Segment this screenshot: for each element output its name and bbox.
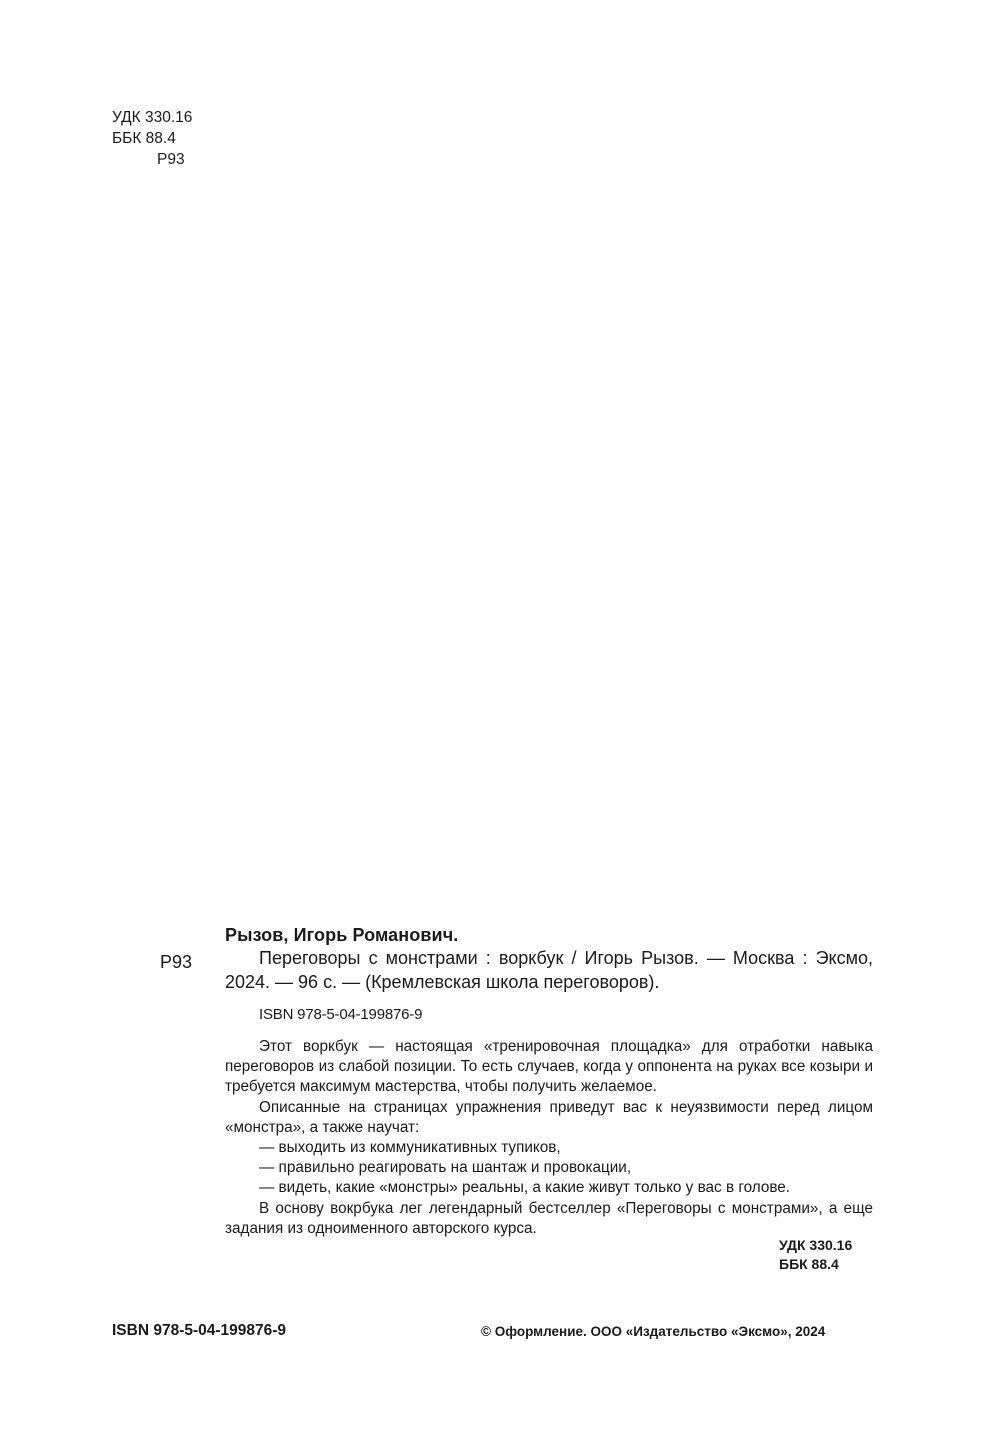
annotation-paragraph: Этот воркбук — настоящая «тренировочная … [225,1037,873,1098]
author-heading: Рызов, Игорь Романович. [225,925,458,946]
annotation-list-item: — правильно реагировать на шантаж и пров… [225,1158,873,1178]
classification-codes-bottom: УДК 330.16 ББК 88.4 [779,1236,852,1274]
annotation-list-item: — видеть, какие «монстры» реальны, а как… [225,1178,873,1198]
classification-codes-top: УДК 330.16 ББК 88.4 Р93 [112,107,192,170]
copyright-notice: © Оформление. ООО «Издательство «Эксмо»,… [481,1324,825,1339]
isbn-record: ISBN 978-5-04-199876-9 [259,1006,422,1023]
annotation-paragraph: В основу вокрбука лег легендарный бестсе… [225,1199,873,1239]
annotation-paragraph: Описанные на страницах упражнения привед… [225,1098,873,1138]
author-mark: Р93 [112,149,192,170]
bibliographic-description: Переговоры с монстрами : воркбук / Игорь… [225,946,873,994]
isbn-footer: ISBN 978-5-04-199876-9 [112,1322,286,1340]
bbk-code: ББК 88.4 [779,1255,852,1274]
description-text: Переговоры с монстрами : воркбук / Игорь… [225,948,873,992]
udk-code: УДК 330.16 [779,1236,852,1255]
author-mark-side: Р93 [160,952,192,973]
annotation-list-item: — выходить из коммуникативных тупиков, [225,1138,873,1158]
annotation: Этот воркбук — настоящая «тренировочная … [225,1037,873,1239]
bbk-code: ББК 88.4 [112,128,192,149]
udk-code: УДК 330.16 [112,107,192,128]
